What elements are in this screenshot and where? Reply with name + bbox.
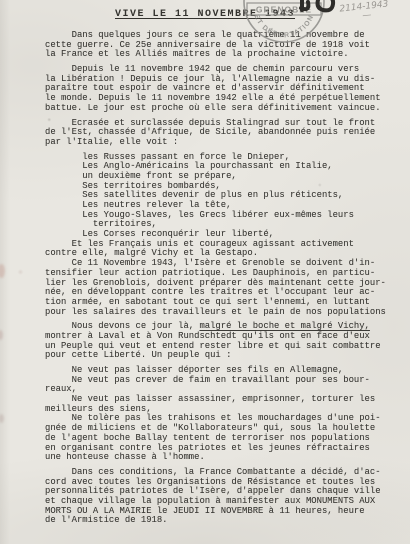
text-line: Ne veut pas crever de faim en travaillan… bbox=[45, 376, 410, 386]
underlined-text-segment: malgré le boche et malgré Vichy, bbox=[199, 321, 369, 331]
text-line: par l'Italie, elle voit : bbox=[45, 138, 410, 148]
page-title: VIVE LE 11 NOVEMBRE 1943 bbox=[0, 9, 410, 20]
paragraph-block: Nous devons ce jour là, malgré le boche … bbox=[45, 322, 410, 361]
text-line: pour cette Liberté. Un peuple qui : bbox=[45, 351, 410, 361]
text-line: pour les salaires des travailleurs et le… bbox=[45, 308, 410, 318]
document-body: Dans quelques jours ce sera le quatrième… bbox=[45, 31, 410, 526]
paragraph-block: Ecrasée et surclassée depuis Stalingrad … bbox=[45, 119, 410, 148]
paragraph-block: Dans quelques jours ce sera le quatrième… bbox=[45, 31, 410, 60]
text-line: de l'Armistice de 1918. bbox=[45, 516, 410, 526]
paragraph-block: Ne veut pas laisser déporter ses fils en… bbox=[45, 366, 410, 463]
ink-smudge bbox=[0, 330, 3, 340]
paragraph-block: les Russes passant en force le Dnieper, … bbox=[45, 153, 410, 318]
text-line: une honteuse chasse à l'homme. bbox=[45, 453, 410, 463]
text-line: battue. Le jour est proche où elle sera … bbox=[45, 104, 410, 114]
ink-smudge bbox=[0, 264, 5, 278]
text-line: la France et les Alliés maîtres de la pr… bbox=[45, 50, 410, 60]
paragraph-block: Dans ces conditions, la France Combattan… bbox=[45, 468, 410, 526]
scanned-leaflet-page: GRENOBLE ET DÉPORTATION 2114-1943 — VIVE… bbox=[0, 0, 410, 544]
text-segment: Nous devons ce jour là, bbox=[45, 321, 199, 331]
ink-smudge bbox=[0, 414, 4, 423]
paragraph-block: Depuis le 11 novembre 1942 que de chemin… bbox=[45, 65, 410, 113]
